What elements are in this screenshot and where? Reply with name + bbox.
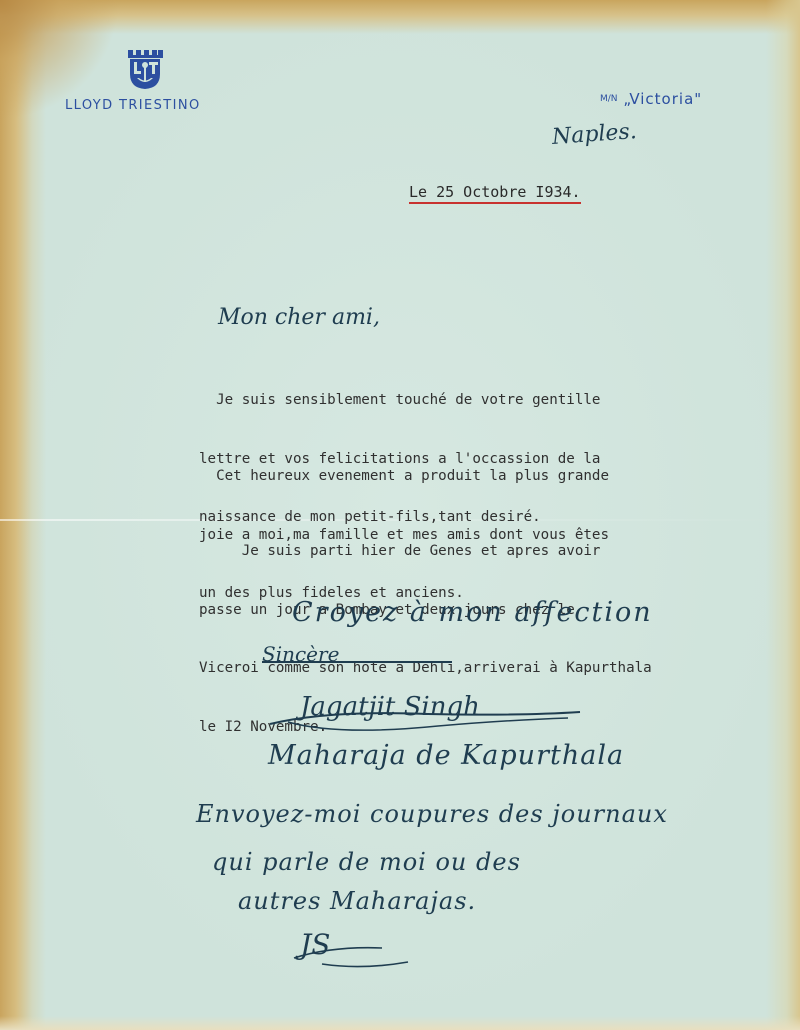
ship-name-text: „Victoria": [623, 90, 702, 108]
aged-edge-top: [0, 0, 800, 34]
letter-sheet: LLOYD TRIESTINO M/N „Victoria" Naples. L…: [0, 0, 800, 1030]
postscript-line-2: qui parle de moi ou des: [212, 848, 521, 876]
lloyd-triestino-logo-icon: [126, 50, 164, 90]
body-line: Je suis sensiblement touché de votre gen…: [199, 391, 600, 411]
aged-edge-bottom: [0, 1016, 800, 1030]
signature: Jagatjit Singh: [300, 692, 480, 722]
body-line: Je suis parti hier de Genes et apres avo…: [199, 542, 652, 562]
company-name: LLOYD TRIESTINO: [65, 98, 201, 113]
handwritten-place: Naples.: [551, 119, 637, 150]
ship-name: M/N „Victoria": [600, 90, 702, 108]
body-line: Cet heureux evenement a produit la plus …: [199, 467, 609, 487]
signatory-title: Maharaja de Kapurthala: [268, 740, 624, 771]
postscript-line-1: Envoyez-moi coupures des journaux: [196, 800, 668, 828]
aged-edge-right: [766, 0, 800, 1030]
ship-prefix: M/N: [600, 94, 618, 104]
initials-flourish: [292, 940, 412, 970]
closing-line-1: Croyez à mon affection: [292, 597, 653, 628]
postscript-line-3: autres Maharajas.: [238, 887, 476, 915]
closing-underline: [262, 661, 452, 663]
aged-edge-left: [0, 0, 46, 1030]
salutation: Mon cher ami,: [218, 305, 380, 330]
letter-date: Le 25 Octobre I934.: [409, 183, 581, 204]
